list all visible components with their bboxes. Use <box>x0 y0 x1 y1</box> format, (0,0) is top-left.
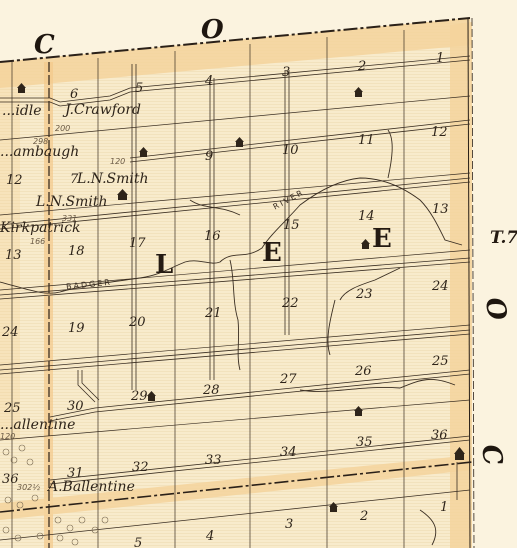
section-number: 25 <box>4 402 21 415</box>
section-number: 4 <box>205 75 213 88</box>
county-letter-o-north: O <box>201 17 224 43</box>
county-letter-c-east: C <box>477 443 506 468</box>
section-number: 36 <box>431 429 448 442</box>
acreage: 331 <box>62 215 77 223</box>
section-number: 12 <box>6 174 23 187</box>
section-number: 9 <box>205 150 213 163</box>
owner-name: A.Ballentine <box>48 480 135 494</box>
section-number: 16 <box>204 230 221 243</box>
county-letter-c-north: C <box>34 32 55 58</box>
owner-name: ...idle <box>2 104 42 118</box>
section-number: 1 <box>436 52 444 65</box>
county-letter-o-east: O <box>481 296 511 323</box>
section-number: 2 <box>358 60 366 73</box>
acreage: 302½ <box>17 484 40 492</box>
section-number: 18 <box>68 245 85 258</box>
section-number: 33 <box>205 454 222 467</box>
acreage: 200 <box>55 125 70 133</box>
section-number: 6 <box>70 88 78 101</box>
owner-name: ...ambaugh <box>0 145 79 159</box>
section-number: 15 <box>283 219 300 232</box>
township-name-letter-l: L <box>155 252 173 278</box>
section-number: 19 <box>68 322 85 335</box>
section-number: 30 <box>67 400 84 413</box>
acreage: 166 <box>30 238 45 246</box>
section-number: 32 <box>132 461 149 474</box>
section-number: 3 <box>285 518 293 531</box>
section-number: 28 <box>203 384 220 397</box>
section-number: 29 <box>131 390 148 403</box>
section-number: 1 <box>440 501 448 514</box>
section-number: 5 <box>134 537 142 548</box>
section-number: 3 <box>282 66 290 79</box>
acreage: 120 <box>110 158 125 166</box>
section-number: 14 <box>358 210 375 223</box>
section-number: 2 <box>360 510 368 523</box>
section-number: 4 <box>206 530 214 543</box>
section-number: 12 <box>431 126 448 139</box>
owner-name: J.Crawford <box>65 103 141 117</box>
section-number: 23 <box>356 288 373 301</box>
section-number: 11 <box>358 134 375 147</box>
section-number: 24 <box>432 280 449 293</box>
section-number: 17 <box>129 237 146 250</box>
section-number: 20 <box>129 316 146 329</box>
section-number: 27 <box>280 373 297 386</box>
owner-name: L.N.Smith <box>36 195 108 209</box>
owner-name: ...allentine <box>0 418 75 432</box>
section-number: 25 <box>432 355 449 368</box>
section-number: 35 <box>356 436 373 449</box>
section-number: 10 <box>282 144 299 157</box>
section-number: 22 <box>282 297 299 310</box>
section-number: 13 <box>432 203 449 216</box>
section-number: 24 <box>2 326 19 339</box>
section-number: 21 <box>205 307 222 320</box>
section-number: 26 <box>355 365 372 378</box>
section-number: 34 <box>280 446 297 459</box>
township-name-letter-e2: E <box>372 226 392 252</box>
section-number: 13 <box>5 249 22 262</box>
acreage: 298 <box>33 138 48 146</box>
township-label: T.7 <box>490 230 517 247</box>
township-name-letter-e1: E <box>262 240 282 266</box>
owner-name: L.N.Smith <box>77 172 149 186</box>
section-number: 5 <box>135 82 143 95</box>
acreage: 120 <box>0 433 15 441</box>
owner-name: Kirkpatrick <box>0 221 81 235</box>
